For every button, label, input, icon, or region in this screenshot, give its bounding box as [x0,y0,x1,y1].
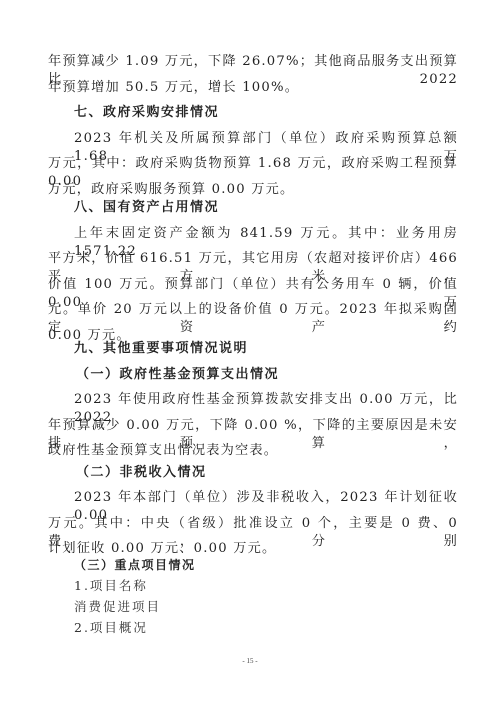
subsection-heading-2: （二）非税收入情况 [76,464,486,482]
section-heading-9: 九、其他重要事项情况说明 [74,340,458,358]
item-label: 2.项目概况 [74,619,458,637]
section-heading-8: 八、国有资产占用情况 [74,199,458,217]
item-label: 1.项目名称 [74,577,458,595]
page-number: - 15 - [0,657,500,665]
paragraph-line: 政府性基金预算支出情况表为空表。 [48,442,458,460]
item-value: 消费促进项目 [74,598,458,616]
paragraph-line: 年预算增加 50.5 万元，增长 100%。 [48,79,458,97]
paragraph-line: 万元，政府采购服务预算 0.00 万元。 [48,181,458,199]
subsection-heading-3: （三）重点项目情况 [74,556,458,574]
subsection-heading-1: （一）政府性基金预算支出情况 [76,366,486,384]
section-heading-7: 七、政府采购安排情况 [74,104,458,122]
document-page: 年预算减少 1.09 万元，下降 26.07%；其他商品服务支出预算比 2022… [0,0,500,707]
